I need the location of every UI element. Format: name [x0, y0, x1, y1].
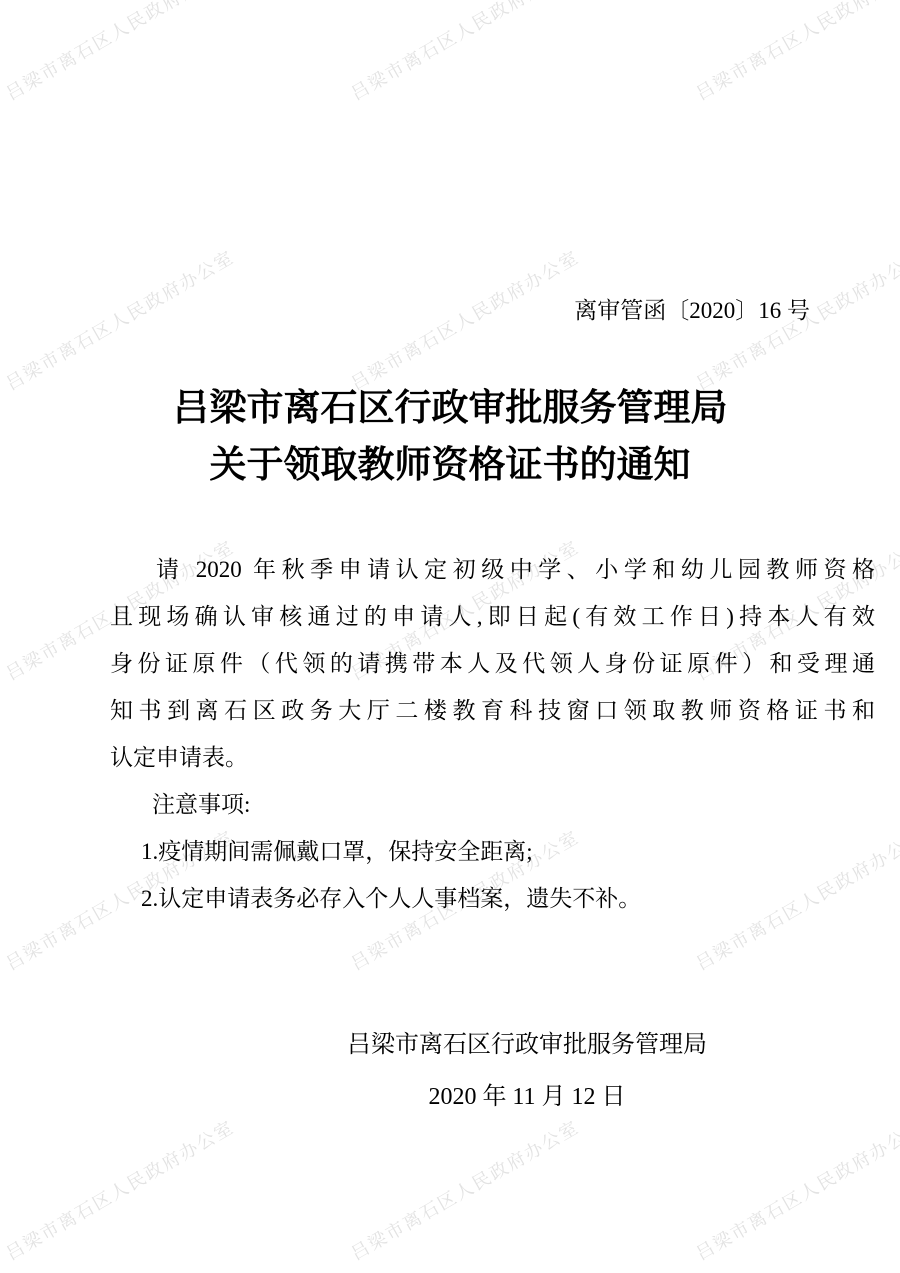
notes-heading: 注意事项:	[110, 781, 875, 828]
document-body: 请 2020 年秋季申请认定初级中学、小学和幼儿园教师资格且现场确认审核通过的申…	[0, 546, 900, 922]
watermark-text: 吕梁市离石区人民政府办公室	[2, 1116, 238, 1265]
notes-list: 1.疫情期间需佩戴口罩，保持安全距离;2.认定申请表务必存入个人人事档案，遗失不…	[110, 828, 875, 922]
paragraph-line: 且现场确认审核通过的申请人,即日起(有效工作日)持本人有效	[110, 593, 875, 640]
document-title: 吕梁市离石区行政审批服务管理局 关于领取教师资格证书的通知	[0, 380, 900, 494]
document-title-line-2: 关于领取教师资格证书的通知	[0, 437, 900, 494]
document-number: 离审管函〔2020〕16 号	[0, 0, 900, 326]
note-item: 2.认定申请表务必存入个人人事档案，遗失不补。	[110, 875, 875, 922]
paragraph-line: 知书到离石区政务大厅二楼教育科技窗口领取教师资格证书和	[110, 687, 875, 734]
paragraph-line: 身份证原件（代领的请携带本人及代领人身份证原件）和受理通	[110, 640, 875, 687]
watermark-text: 吕梁市离石区人民政府办公室	[347, 1116, 583, 1265]
watermark-text: 吕梁市离石区人民政府办公室	[692, 1116, 900, 1265]
note-item: 1.疫情期间需佩戴口罩，保持安全距离;	[110, 828, 875, 875]
document-content: 离审管函〔2020〕16 号 吕梁市离石区行政审批服务管理局 关于领取教师资格证…	[0, 0, 900, 1123]
document-page: 吕梁市离石区人民政府办公室吕梁市离石区人民政府办公室吕梁市离石区人民政府办公室吕…	[0, 0, 900, 1273]
paragraph-line: 请 2020 年秋季申请认定初级中学、小学和幼儿园教师资格	[110, 546, 875, 593]
document-title-line-1: 吕梁市离石区行政审批服务管理局	[0, 380, 900, 437]
paragraph-line: 认定申请表。	[110, 734, 875, 781]
main-paragraph: 请 2020 年秋季申请认定初级中学、小学和幼儿园教师资格且现场确认审核通过的申…	[110, 546, 875, 781]
signature-block: 吕梁市离石区行政审批服务管理局 2020 年 11 月 12 日	[347, 1019, 707, 1123]
signature-date: 2020 年 11 月 12 日	[347, 1071, 707, 1123]
signature-org: 吕梁市离石区行政审批服务管理局	[347, 1019, 707, 1071]
